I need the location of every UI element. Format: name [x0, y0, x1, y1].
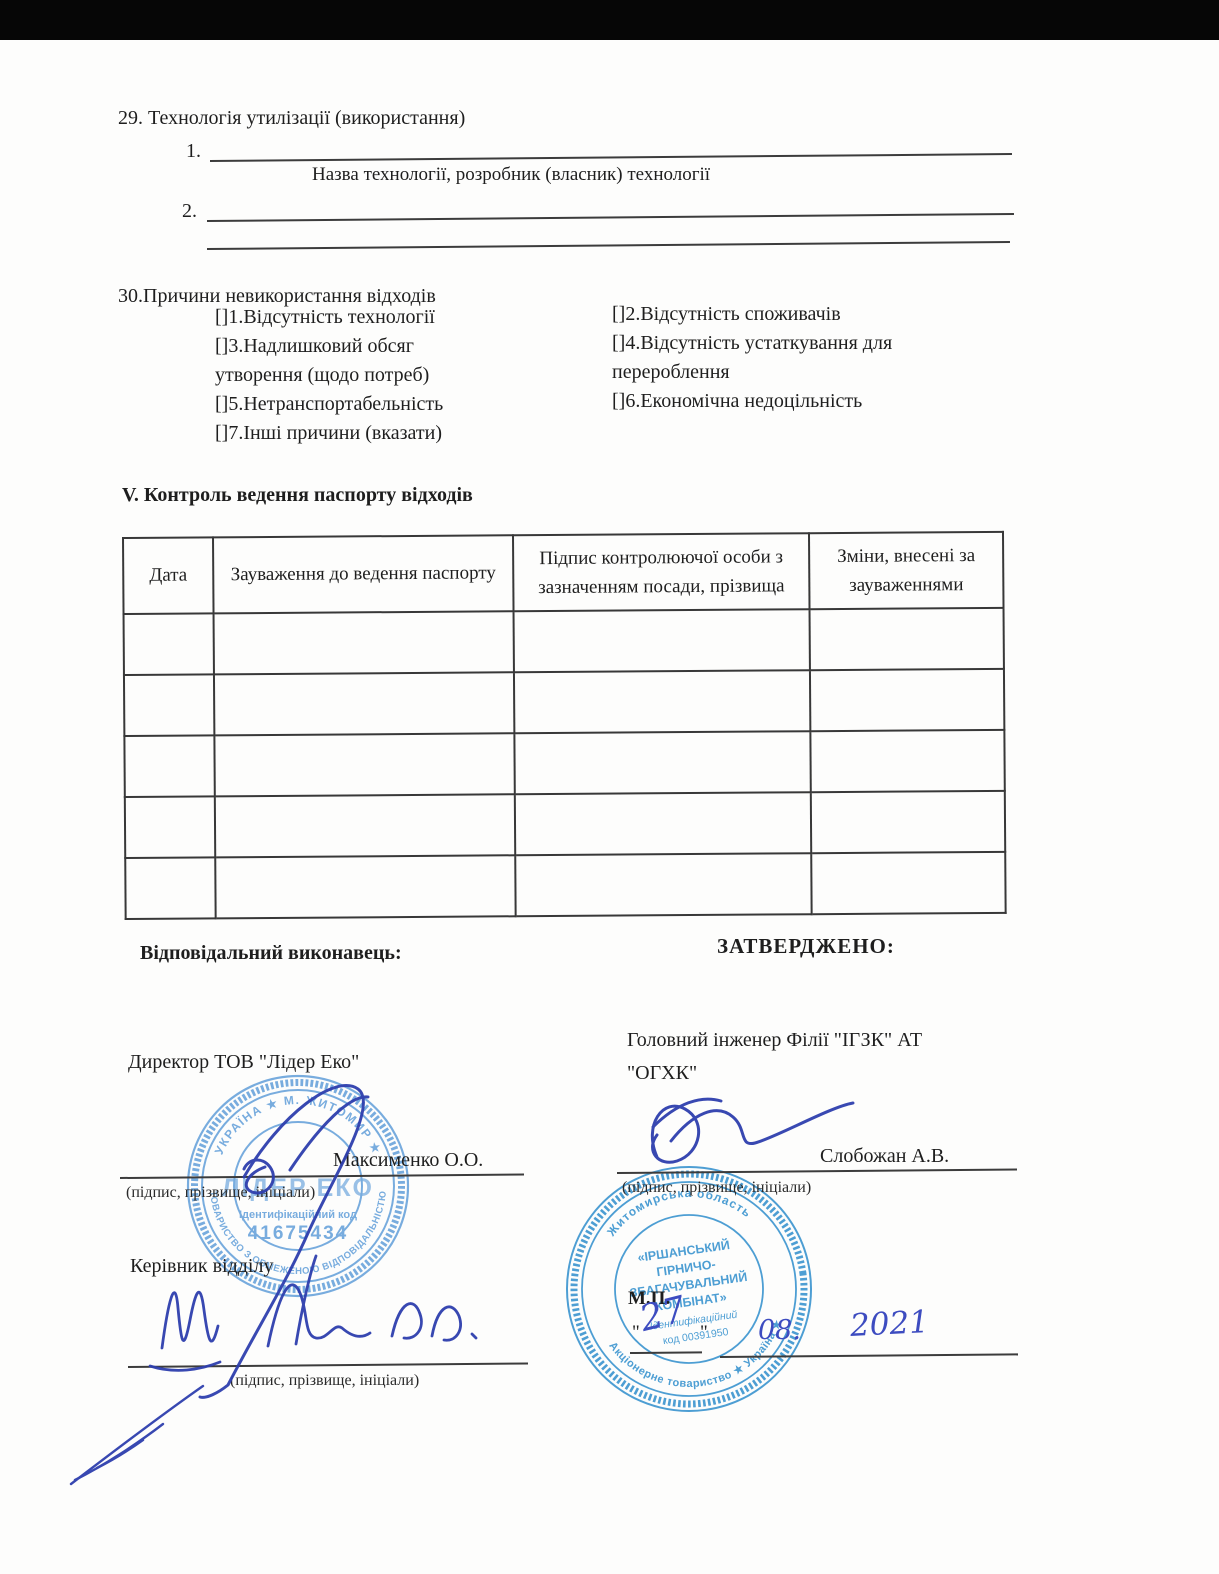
table-row — [124, 669, 1004, 736]
table-cell — [810, 608, 1004, 670]
table-cell — [810, 730, 1004, 792]
date-quote-close: " — [700, 1322, 708, 1344]
option-6: []6.Економічна недоцільність — [612, 387, 892, 416]
table-row — [125, 791, 1005, 858]
option-1: []1.Відсутність технології — [215, 303, 443, 332]
control-table: Дата Зауваження до ведення паспорту Підп… — [122, 531, 1007, 920]
table-cell — [811, 852, 1005, 914]
section29-item1-caption: Назва технології, розробник (власник) те… — [312, 164, 710, 186]
section29-blank-line-1 — [210, 153, 1012, 162]
table-cell — [124, 735, 214, 797]
option-4: []4.Відсутність устаткування для — [612, 329, 892, 358]
table-cell — [125, 796, 215, 858]
table-cell — [124, 613, 214, 675]
sectionV-title: V. Контроль ведення паспорту відходів — [122, 483, 473, 508]
col-header-remarks: Зауваження до ведення паспорту — [213, 535, 514, 613]
table-cell — [214, 733, 514, 796]
section29-title: 29. Технологія утилізації (використання) — [118, 106, 465, 131]
right-role-line2: "ОГХК" — [627, 1061, 697, 1086]
table-row — [124, 608, 1004, 675]
scanned-document-page: 29. Технологія утилізації (використання)… — [0, 0, 1219, 1574]
section29-blank-line-2 — [207, 213, 1014, 222]
right-role-line1: Головний інженер Філії "ІГЗК" АТ — [627, 1028, 922, 1053]
col-header-changes: Зміни, внесені за зауваженнями — [809, 532, 1004, 609]
section29-item1-number: 1. — [186, 139, 201, 164]
table-cell — [214, 611, 514, 674]
irshansk-combine-round-stamp: Житомирська область Акціонерне товариств… — [560, 1160, 818, 1418]
scan-artifact-bar — [0, 0, 1219, 40]
table-cell — [215, 855, 515, 918]
approved-heading: ЗАТВЕРДЖЕНО: — [717, 934, 895, 959]
table-cell — [215, 794, 515, 857]
option-5: []5.Нетранспортабельність — [215, 390, 443, 419]
table-cell — [514, 670, 810, 733]
table-row — [124, 730, 1004, 797]
section29-blank-line-3 — [207, 241, 1010, 250]
responsible-executor-heading: Відповідальний виконавець: — [140, 941, 402, 966]
table-cell — [514, 731, 810, 794]
table-cell — [515, 853, 811, 916]
table-cell — [811, 791, 1005, 853]
option-4-cont: перероблення — [612, 358, 892, 387]
handwritten-year: 2021 — [849, 1304, 930, 1344]
option-3: []3.Надлишковий обсяг — [215, 332, 443, 361]
col-header-date: Дата — [123, 537, 214, 614]
section30-left-options: []1.Відсутність технології []3.Надлишков… — [215, 303, 443, 448]
col-header-signature: Підпис контролюючої особи з зазначенням … — [513, 533, 810, 611]
table-cell — [125, 857, 215, 919]
left-signature2-ink — [120, 1248, 550, 1398]
table-cell — [810, 669, 1004, 731]
date-quote-open: " — [632, 1322, 640, 1344]
table-cell — [514, 609, 810, 672]
table-row — [125, 852, 1005, 919]
handwritten-month: 08. — [758, 1315, 801, 1346]
pen-flourish-ink — [55, 1378, 220, 1498]
option-2: []2.Відсутність споживачів — [612, 300, 892, 329]
table-cell — [214, 672, 514, 735]
table-cell — [515, 792, 811, 855]
option-7: []7.Інші причини (вказати) — [215, 419, 443, 448]
right-signature-ink — [605, 1085, 885, 1190]
table-cell — [124, 674, 214, 736]
option-3-cont: утворення (щодо потреб) — [215, 361, 443, 390]
section30-right-options: []2.Відсутність споживачів []4.Відсутніс… — [612, 300, 892, 416]
table-header-row: Дата Зауваження до ведення паспорту Підп… — [123, 532, 1004, 614]
section29-item2-number: 2. — [182, 199, 197, 224]
